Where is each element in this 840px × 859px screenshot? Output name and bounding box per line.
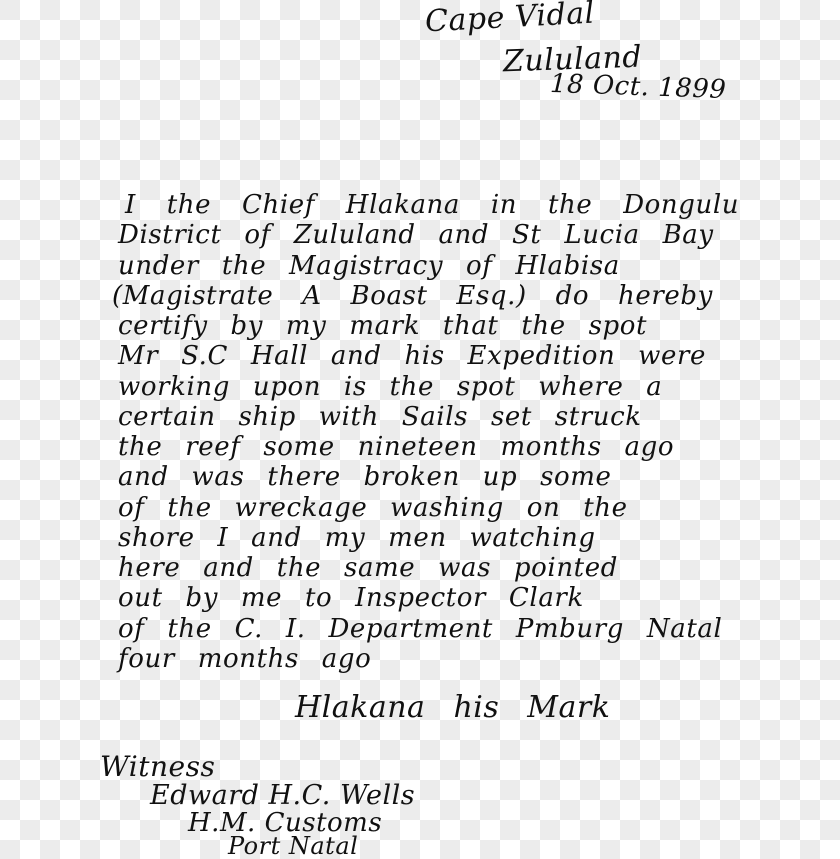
handwritten-letter: Cape Vidal Zululand 18 Oct. 1899 I the C… xyxy=(0,0,840,859)
witness-name: Edward H.C. Wells xyxy=(150,780,415,811)
witness-label: Witness xyxy=(100,750,215,783)
body-line: and was there broken up some xyxy=(118,462,738,492)
body-line: (Magistrate A Boast Esq.) do hereby xyxy=(112,281,732,311)
body-line: I the Chief Hlakana in the Dongulu xyxy=(125,190,745,220)
body-line: working upon is the spot where a xyxy=(118,372,738,402)
body-line: shore I and my men watching xyxy=(118,523,738,553)
body-line: District of Zululand and St Lucia Bay xyxy=(118,220,738,250)
body-line: of the wreckage washing on the xyxy=(118,493,738,523)
body-line: here and the same was pointed xyxy=(118,553,738,583)
letter-date: 18 Oct. 1899 xyxy=(550,69,727,105)
body-line: the reef some nineteen months ago xyxy=(118,432,738,462)
witness-place: Port Natal xyxy=(228,832,358,859)
body-line: certain ship with Sails set struck xyxy=(118,402,738,432)
body-line: under the Magistracy of Hlabisa xyxy=(118,251,738,281)
body-line: of the C. I. Department Pmburg Natal xyxy=(118,614,738,644)
body-line: four months ago xyxy=(118,644,738,674)
body-line: Mr S.C Hall and his Expedition were xyxy=(118,341,738,371)
body-line: certify by my mark that the spot xyxy=(118,311,738,341)
place-line-1: Cape Vidal xyxy=(424,0,595,39)
signature-mark: Hlakana his Mark xyxy=(295,690,610,725)
body-line: out by me to Inspector Clark xyxy=(118,583,738,613)
